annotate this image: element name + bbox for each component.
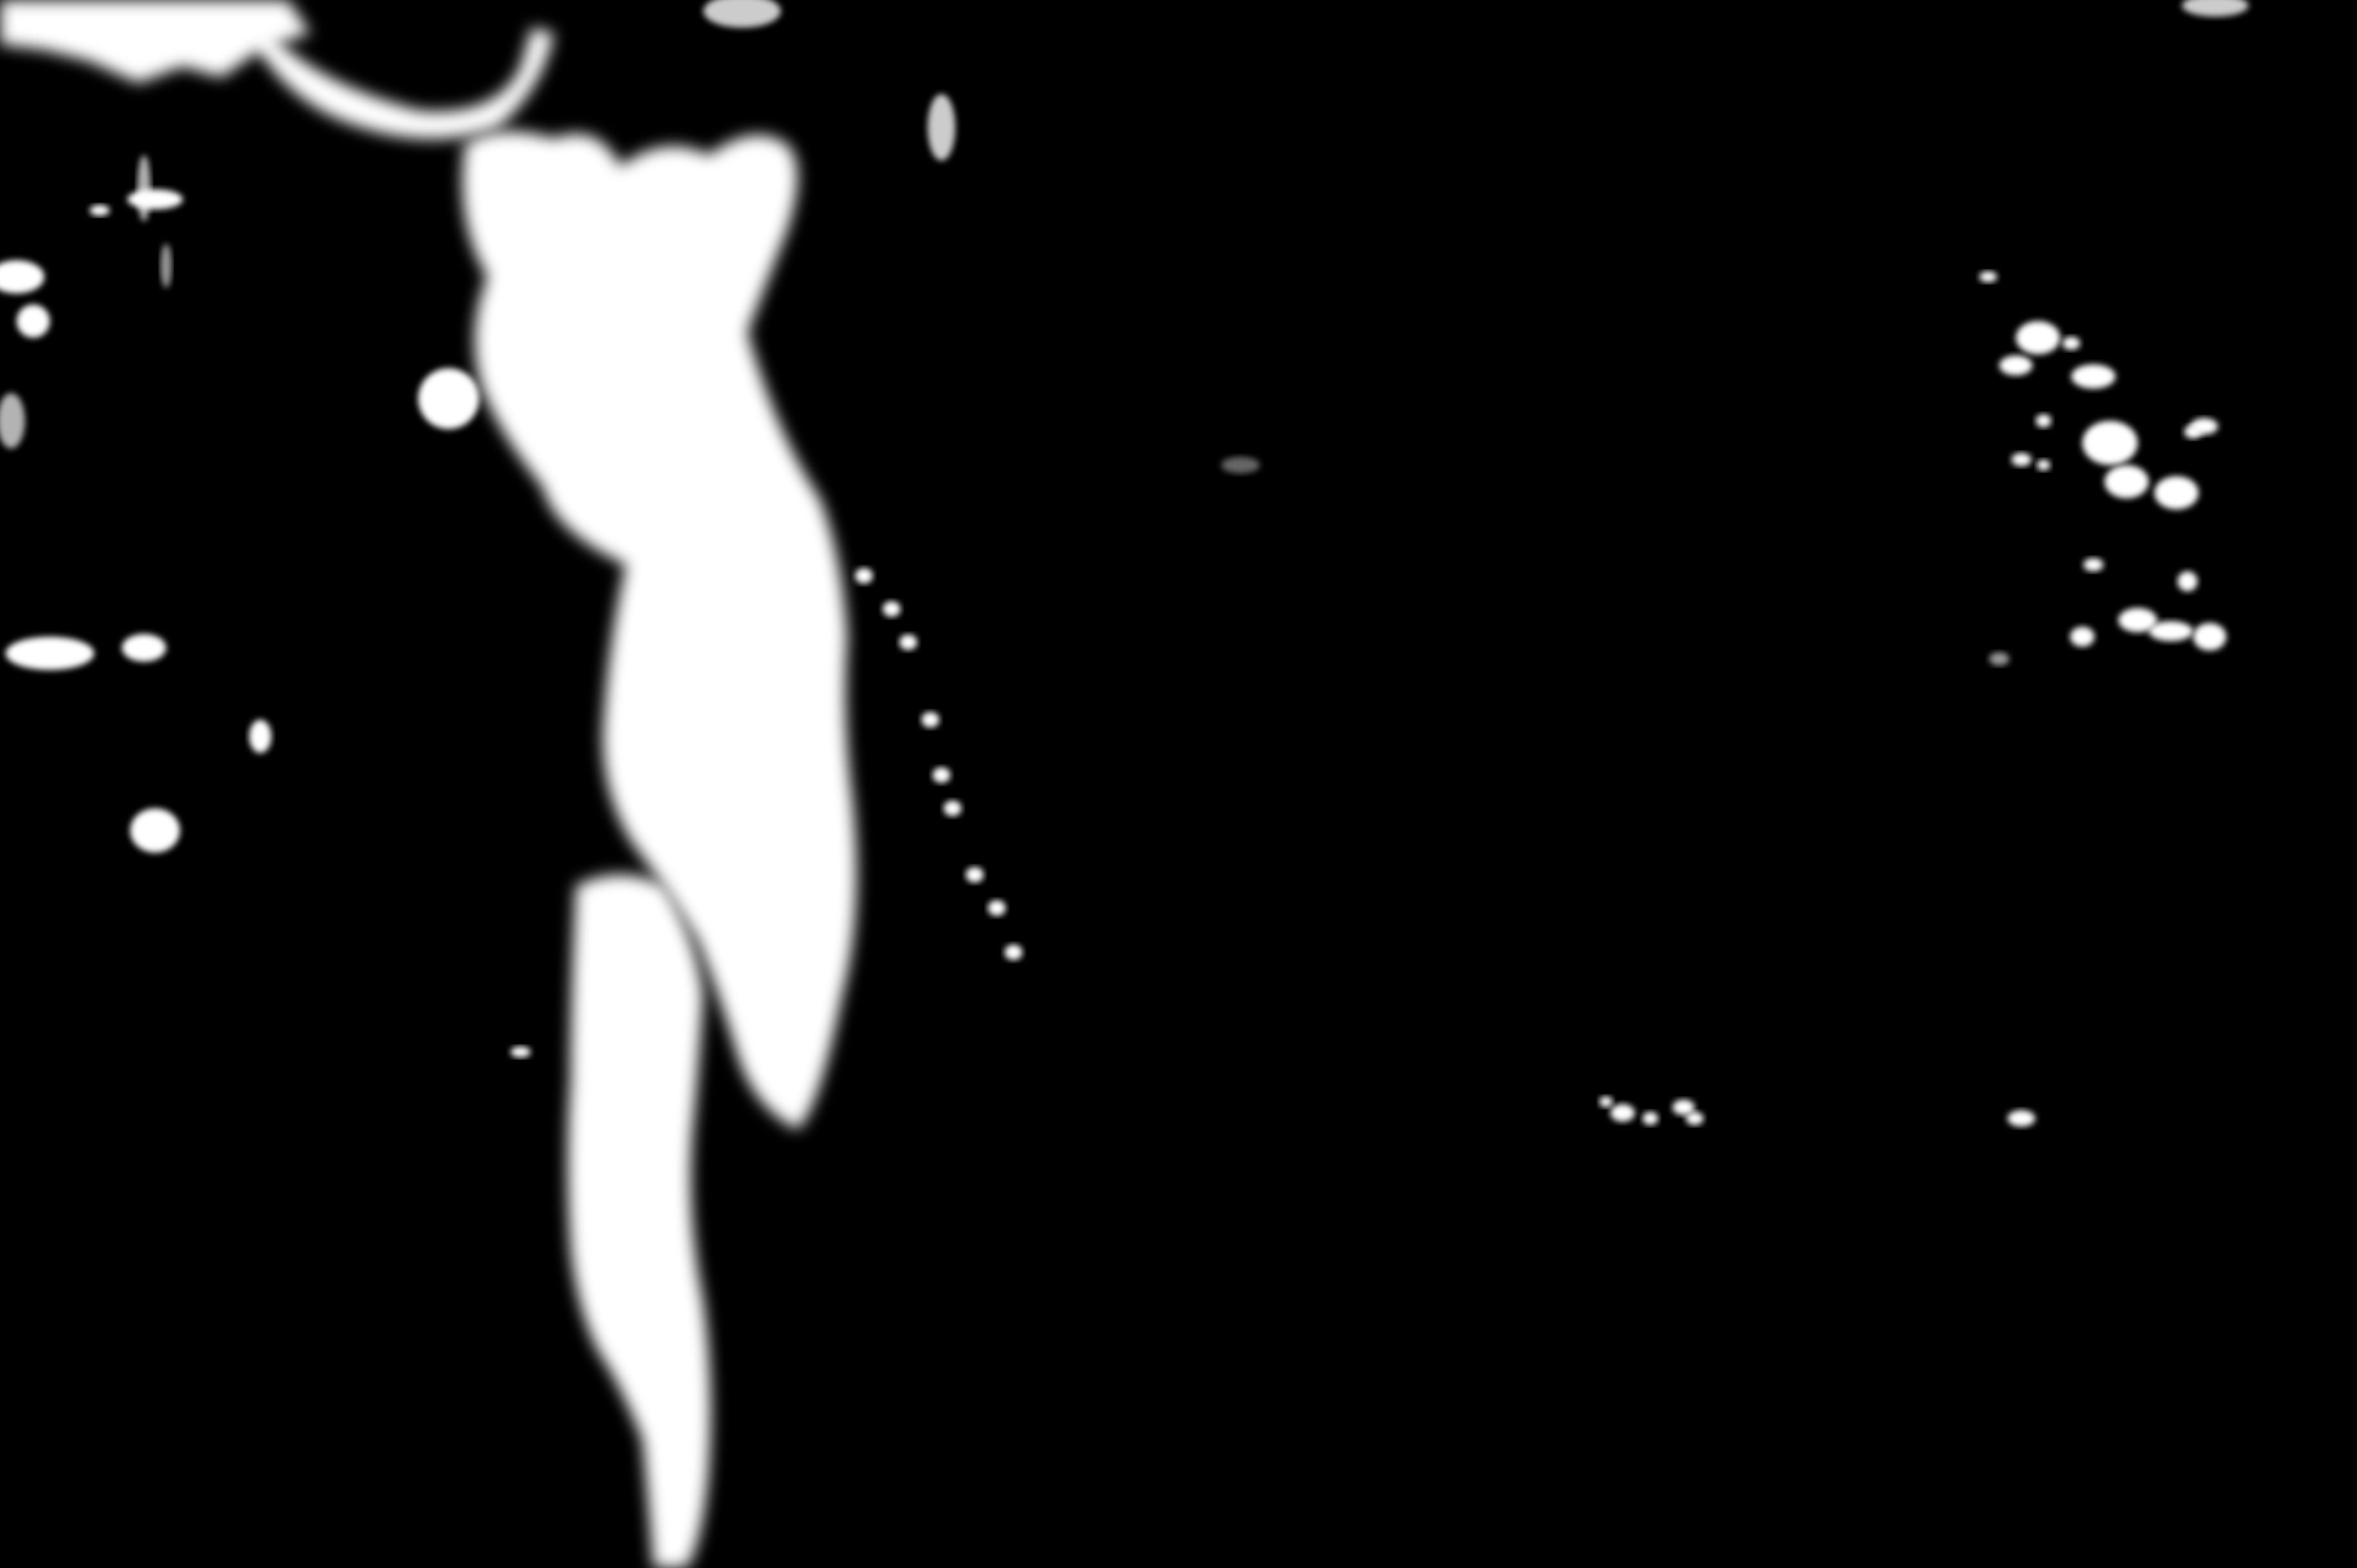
right-upper-blob	[2149, 621, 2193, 641]
right-upper-blob	[1979, 271, 1997, 282]
left-speckle	[137, 155, 151, 221]
left-speckle	[249, 720, 271, 753]
right-upper-blob	[2036, 414, 2051, 427]
right-upper-blob	[2071, 364, 2116, 389]
right-lower-blob	[1686, 1112, 1704, 1125]
left-speckle	[122, 634, 166, 662]
right-upper-blob	[2193, 623, 2226, 651]
mid-speckle	[988, 900, 1006, 916]
mid-speckle	[855, 568, 873, 584]
background	[0, 0, 2357, 1568]
mid-speckle	[1005, 945, 1022, 960]
mid-speckle	[966, 867, 984, 883]
left-speckle	[90, 205, 110, 216]
right-lower-blob	[1643, 1112, 1658, 1125]
left-speckle	[127, 189, 183, 209]
right-upper-blob	[1989, 652, 2009, 666]
right-upper-blob	[2011, 453, 2031, 466]
right-upper-blob	[2178, 571, 2198, 591]
left-speckle	[17, 305, 50, 338]
right-upper-blob	[2104, 465, 2149, 498]
right-upper-blob	[2062, 337, 2080, 350]
right-upper-blob	[1999, 355, 2032, 375]
right-lower-blob	[1599, 1096, 1613, 1107]
mid-speckle	[899, 635, 917, 650]
mid-speckle	[922, 712, 939, 728]
right-upper-blob	[2037, 460, 2050, 471]
right-upper-blob	[2083, 558, 2103, 571]
right-upper-blob	[2070, 627, 2094, 647]
left-speckle	[130, 808, 180, 853]
left-speckle	[511, 1046, 531, 1058]
mid-speckle	[928, 94, 955, 161]
left-speckle	[161, 244, 172, 288]
right-upper-blob	[2016, 321, 2060, 354]
right-upper-blob	[2008, 1110, 2035, 1127]
right-upper-blob	[2082, 421, 2138, 465]
mid-speckle	[944, 801, 961, 816]
left-speckle	[6, 637, 94, 670]
figure-side-blob	[659, 338, 714, 437]
left-of-figure-blob	[418, 368, 479, 429]
right-lower-blob	[1610, 1104, 1635, 1122]
saliency-mask	[0, 0, 2357, 1568]
mid-speckle	[933, 767, 950, 783]
right-upper-blob	[2154, 476, 2199, 509]
right-upper-blob	[2184, 425, 2202, 439]
mid-speckle	[1221, 457, 1260, 473]
mid-speckle	[883, 601, 900, 617]
